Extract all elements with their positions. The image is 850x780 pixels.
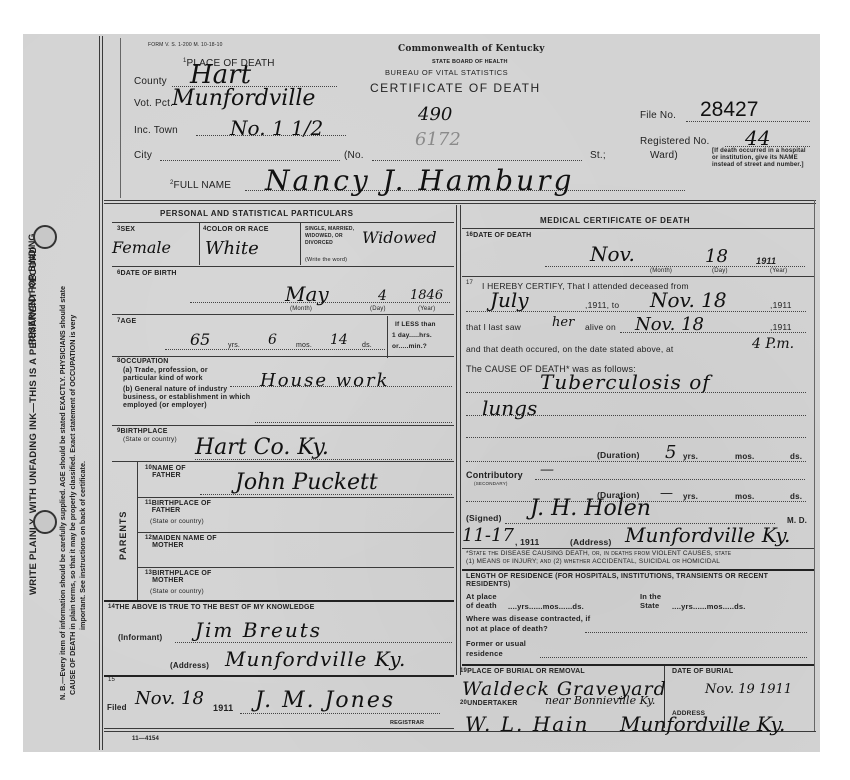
informant-heading: 14THE ABOVE IS TRUE TO THE BEST OF MY KN… (108, 604, 315, 611)
duration-years[interactable]: 5 (665, 442, 676, 463)
file-no-label: File No. (640, 110, 676, 121)
burial-date-value[interactable]: Nov. 19 1911 (705, 682, 792, 697)
secondary-label: (SECONDARY) (474, 481, 508, 487)
instruction-note-line-3: important. See instructions on back of c… (78, 461, 87, 630)
residence-in-state-units: ....yrs......mos.....ds. (672, 602, 746, 611)
inc-town-value[interactable]: No. 1 1/2 (230, 116, 323, 140)
column-divider (456, 205, 457, 675)
occupation-label-text: OCCUPATION (121, 358, 169, 365)
date-of-death-month[interactable]: Nov. (590, 242, 635, 266)
filed-label: Filed (107, 703, 127, 712)
mother-birthplace-sublabel: (State or country) (150, 589, 204, 595)
age-days[interactable]: 14 (330, 332, 348, 348)
marital-sublabel: (Write the word) (305, 257, 347, 263)
burial-place-label-text: PLACE OF BURIAL OR REMOVAL (467, 668, 585, 675)
marital-label: SINGLE, MARRIED, WIDOWED, OR DIVORCED (305, 226, 355, 247)
hospital-note: [If death occurred in a hospital or inst… (712, 148, 807, 169)
undertaker-address-value[interactable]: Munfordville Ky. (620, 712, 785, 736)
dob-year-caption: (Year) (418, 306, 435, 312)
father-name-label-text: NAME OF FATHER (152, 465, 207, 479)
alive-on-value[interactable]: Nov. 18 (635, 314, 704, 335)
state-board: STATE BOARD OF HEALTH (432, 59, 508, 65)
rule (138, 532, 454, 533)
informant-label: (Informant) (118, 633, 162, 642)
full-name-value[interactable]: Nancy J. Hamburg (265, 164, 574, 197)
punch-hole-icon (33, 510, 57, 534)
former-residence-label: Former or usual residence (466, 639, 546, 659)
filed-year: 1911 (213, 703, 233, 713)
informant-heading-text: THE ABOVE IS TRUE TO THE BEST OF MY KNOW… (115, 604, 314, 611)
rule (138, 497, 454, 498)
margin-divider (102, 36, 103, 750)
contributory-line (535, 479, 805, 480)
dod-month-caption: (Month) (650, 268, 672, 274)
dob-year[interactable]: 1846 (410, 288, 443, 303)
sex-label-text: SEX (121, 226, 136, 233)
item-15-marker: 15 (108, 677, 115, 683)
race-label-text: COLOR OR RACE (207, 226, 269, 233)
signed-year-text: 1911 (520, 537, 539, 547)
informant-address-label: (Address) (170, 661, 209, 670)
rule (462, 276, 814, 277)
physician-address-label: (Address) (570, 537, 611, 547)
rule (104, 728, 454, 729)
mother-name-label: 12MAIDEN NAME OF MOTHER (145, 535, 227, 549)
age-months[interactable]: 6 (268, 332, 277, 348)
attended-to-year: ,1911 (770, 300, 792, 310)
city-line (160, 160, 340, 161)
duration2-ds: ds. (790, 492, 802, 501)
dob-month[interactable]: May (285, 282, 329, 306)
attended-from-year: ,1911, to (585, 300, 619, 310)
occupation-b-label: (b) General nature of industry business,… (123, 386, 253, 410)
physician-signature[interactable]: J. H. Holen (530, 496, 651, 521)
last-saw-pronoun[interactable]: her (552, 315, 574, 330)
father-birthplace-sublabel: (State or country) (150, 519, 204, 525)
rule (104, 675, 454, 677)
rule (112, 461, 454, 462)
footnote-line-2: (1) MEANS of INJURY; and (2) whether ACC… (466, 559, 720, 565)
birthplace-sublabel: (State or country) (123, 437, 177, 443)
street-no-label: (No. (344, 150, 364, 161)
occupation-b-line (255, 422, 452, 423)
age-line (165, 349, 385, 350)
residence-in-state-label: In the State (640, 592, 670, 610)
contributory-label: Contributory (466, 470, 523, 480)
filed-line (240, 713, 440, 714)
attended-from-value[interactable]: July (490, 288, 529, 312)
sex-label: 3SEX (117, 226, 135, 233)
ward-label: Ward) (650, 150, 678, 161)
burial-place-label: 19PLACE OF BURIAL OR REMOVAL (460, 668, 585, 675)
parents-divider (137, 462, 138, 600)
rule (138, 567, 454, 568)
st-label: St.; (590, 150, 606, 161)
filed-date-value[interactable]: Nov. 18 (135, 688, 204, 709)
alive-on-label: alive on (585, 322, 616, 332)
last-saw-label: that I last saw (466, 322, 521, 332)
rule (104, 600, 454, 602)
footnote-line-1: *State the DISEASE CAUSING DEATH, or, in… (466, 551, 731, 557)
father-name-label: 10NAME OF FATHER (145, 465, 207, 479)
rule (112, 425, 454, 426)
yrs-label: yrs. (228, 343, 240, 349)
punch-hole-icon (33, 225, 57, 249)
date-of-death-line (545, 266, 805, 267)
less-than-2: 1 day.....hrs. (392, 333, 432, 339)
date-of-death-label-text: DATE OF DEATH (473, 232, 531, 239)
undertaker-label: 20UNDERTAKER (460, 700, 518, 707)
informant-value[interactable]: Jim Breuts (195, 618, 322, 642)
birthplace-line (195, 459, 452, 460)
undertaker-label-text: UNDERTAKER (467, 700, 517, 707)
age-label: 7AGE (117, 318, 136, 325)
rule (462, 569, 814, 571)
date-of-death-year: 1911 (756, 256, 776, 266)
former-residence-line (540, 657, 807, 658)
dob-label-text: DATE OF BIRTH (121, 270, 177, 277)
vot-pct-label: Vot. Pct. (134, 98, 173, 109)
informant-address-value[interactable]: Munfordville Ky. (225, 647, 406, 671)
header-rule (104, 200, 816, 201)
rule (112, 222, 454, 223)
duration-label: (Duration) (597, 450, 640, 460)
residence-heading: LENGTH OF RESIDENCE (FOR HOSPITALS, INST… (466, 573, 811, 589)
father-birthplace-label-text: BIRTHPLACE OF FATHER (152, 500, 217, 514)
death-occured-text: and that death occured, on the date stat… (466, 344, 673, 354)
dob-day[interactable]: 4 (378, 288, 387, 304)
year-text: 1911 (773, 322, 792, 332)
birthplace-label-text: BIRTHPLACE (121, 428, 168, 435)
duration-line (466, 461, 806, 462)
right-border (814, 200, 815, 731)
less-than-3: or.....min.? (392, 344, 427, 350)
commonwealth-title: Commonwealth of Kentucky (398, 44, 545, 54)
duration-yrs: yrs. (683, 452, 698, 461)
rule (112, 356, 454, 357)
dod-day-caption: (Day) (712, 268, 728, 274)
sex-value[interactable]: Female (112, 238, 171, 257)
annotation-6172: 6172 (415, 129, 461, 150)
residence-at-place-label: At place of death (466, 592, 506, 610)
birthplace-value[interactable]: Hart Co. Ky. (195, 435, 329, 460)
contributory-value[interactable]: — (540, 462, 554, 478)
item-17-marker: 17 (466, 280, 473, 286)
instruction-note-line-2: CAUSE OF DEATH in plain terms, so that i… (68, 315, 77, 695)
mother-birthplace-label-text: BIRTHPLACE OF MOTHER (152, 570, 222, 584)
undertaker-value[interactable]: W. L. Hain (465, 712, 589, 736)
occupation-label: 8OCCUPATION (117, 358, 169, 365)
father-birthplace-label: 11BIRTHPLACE OF FATHER (145, 500, 217, 514)
rule (462, 228, 814, 229)
age-label-text: AGE (121, 318, 137, 325)
alive-on-year: ,1911 (770, 322, 792, 332)
disease-contracted-line (585, 632, 807, 633)
vot-pct-value[interactable]: Munfordville (172, 86, 315, 111)
margin-divider (99, 36, 100, 750)
birthplace-label: 9BIRTHPLACE (117, 428, 168, 435)
cell-divider (199, 223, 200, 265)
file-number: 28427 (700, 98, 758, 122)
signed-label: (Signed) (466, 513, 502, 523)
rule (112, 314, 454, 315)
year-text: 1911 (588, 300, 607, 310)
form-footer-code: 11—4154 (132, 736, 159, 742)
annotation-490: 490 (418, 104, 452, 125)
parents-side-label: PARENTS (118, 511, 128, 560)
personal-heading: PERSONAL AND STATISTICAL PARTICULARS (160, 209, 353, 218)
instruction-note-line-1: N. B.—Every item of information should b… (58, 286, 67, 700)
cause-of-death-line-1[interactable]: Tuberculosis of (540, 370, 711, 394)
rule (462, 664, 814, 666)
father-name-line (200, 494, 452, 495)
dob-label: 6DATE OF BIRTH (117, 270, 177, 277)
father-name-value[interactable]: John Puckett (235, 470, 378, 495)
disease-contracted-label: Where was disease contracted, if not at … (466, 614, 591, 634)
city-label: City (134, 150, 152, 161)
cause-line-3 (466, 437, 806, 438)
dod-year-caption: (Year) (770, 268, 787, 274)
duration2-mos: mos. (735, 492, 754, 501)
street-line (372, 160, 582, 161)
marital-value[interactable]: Widowed (362, 228, 437, 247)
write-plainly-notice: WRITE PLAINLY, WITH UNFADING INK—THIS IS… (28, 246, 39, 595)
duration2-value[interactable]: — (660, 486, 673, 501)
full-name-label-text: FULL NAME (174, 180, 232, 191)
duration-ds: ds. (790, 452, 802, 461)
rule (112, 266, 454, 267)
age-years[interactable]: 65 (190, 330, 210, 349)
residence-at-place-units: ....yrs......mos......ds. (508, 602, 584, 611)
mother-name-label-text: MAIDEN NAME OF MOTHER (152, 535, 227, 549)
registrar-signature[interactable]: J. M. Jones (255, 688, 395, 713)
certificate-title: CERTIFICATE OF DEATH (370, 81, 541, 95)
rule (462, 548, 814, 549)
form-code: FORM V. S. 1-200 M. 10-18-10 (148, 42, 223, 48)
mother-birthplace-label: 13BIRTHPLACE OF MOTHER (145, 570, 222, 584)
dob-month-caption: (Month) (290, 306, 312, 312)
ds-label: ds. (362, 343, 372, 349)
race-label: 4COLOR OR RACE (203, 226, 269, 233)
county-label: County (134, 76, 167, 87)
inc-town-label: Inc. Town (134, 125, 178, 136)
physician-address-value[interactable]: Munfordville Ky. (625, 523, 790, 547)
cell-divider (300, 223, 301, 265)
occupation-a-value[interactable]: House work (260, 370, 390, 391)
death-time[interactable]: 4 P.m. (752, 336, 794, 352)
signed-date[interactable]: 11-17 (462, 525, 514, 546)
registered-number[interactable]: 44 (745, 126, 770, 150)
cause-of-death-line-2[interactable]: lungs (482, 396, 537, 420)
registrar-label: REGISTRAR (390, 720, 424, 726)
left-border (120, 38, 121, 198)
burial-place-note: near Bonnieville Ky. (545, 694, 655, 707)
duration2-yrs: yrs. (683, 492, 698, 501)
registered-no-label: Registered No. (640, 136, 710, 147)
full-name-label: 2FULL NAME (170, 180, 231, 191)
burial-date-label: DATE OF BURIAL (672, 668, 733, 675)
attended-to-value[interactable]: Nov. 18 (650, 288, 727, 312)
less-than-1: If LESS than (395, 322, 436, 328)
duration-mos: mos. (735, 452, 754, 461)
signed-year: , 1911 (515, 537, 539, 547)
cell-divider (387, 316, 388, 358)
date-of-death-label: 16DATE OF DEATH (466, 232, 531, 239)
header-rule (104, 203, 816, 204)
informant-line (175, 642, 452, 643)
column-divider (460, 205, 461, 675)
mos-label: mos. (296, 343, 312, 349)
dob-day-caption: (Day) (370, 306, 386, 312)
date-of-death-day[interactable]: 18 (705, 246, 728, 267)
occupation-a-label: (a) Trade, profession, or particular kin… (123, 367, 243, 383)
race-value[interactable]: White (205, 238, 259, 259)
year-text: 1911 (773, 300, 792, 310)
bureau-title: BUREAU OF VITAL STATISTICS (385, 68, 508, 77)
medical-heading: MEDICAL CERTIFICATE OF DEATH (540, 216, 690, 225)
